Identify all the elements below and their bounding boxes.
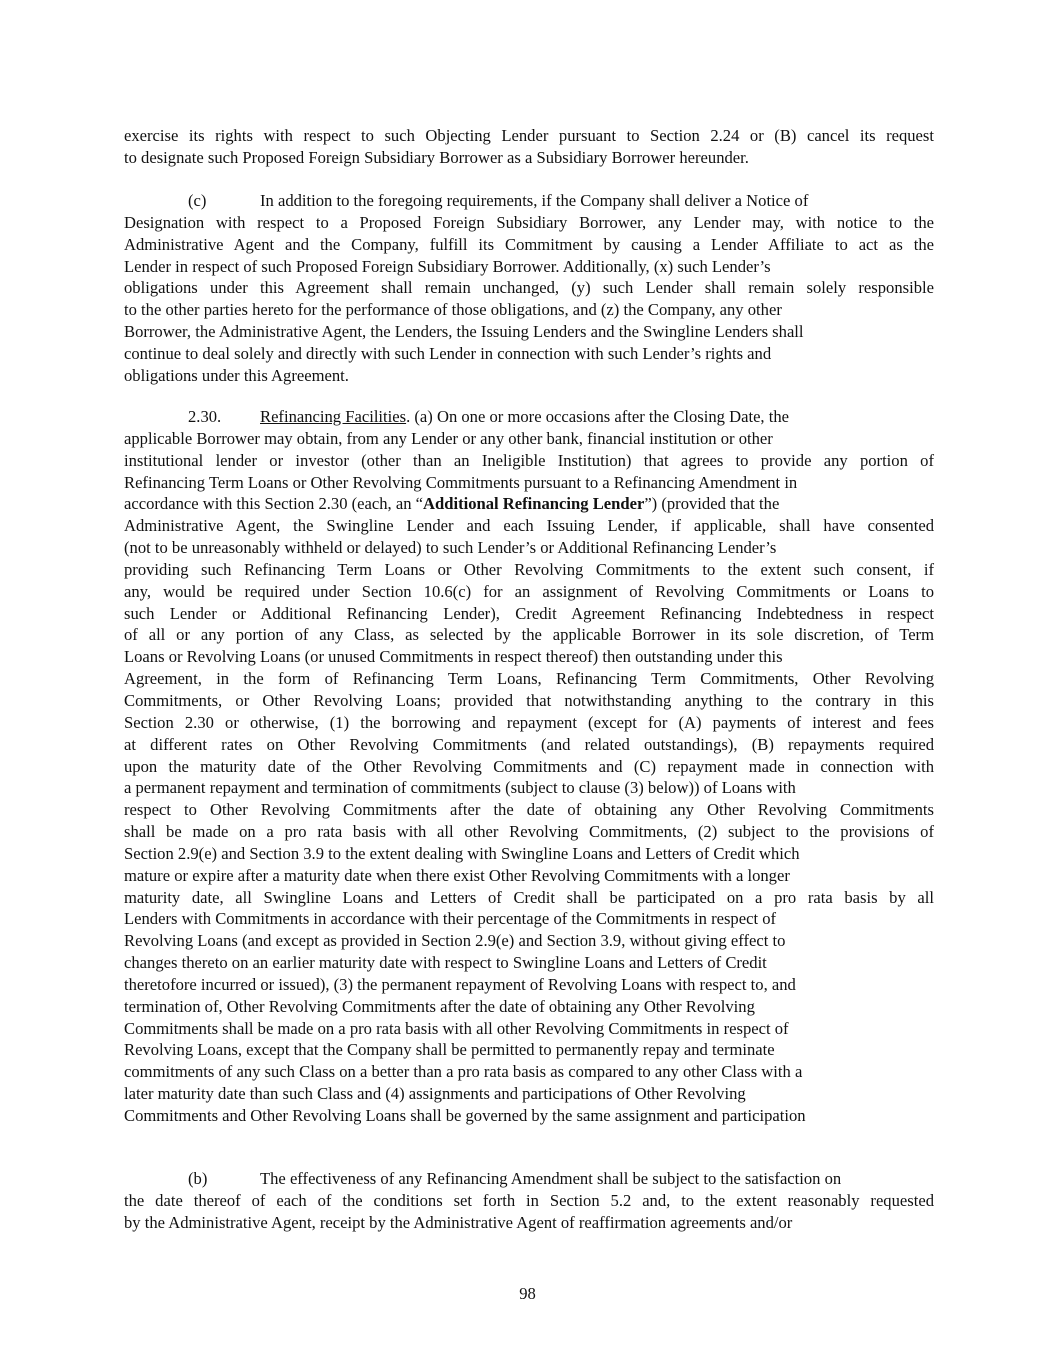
text-line: of all or any portion of any Class, as s… (124, 624, 934, 646)
document-page: exercise its rights with respect to such… (0, 0, 1055, 1365)
paragraph-continuation: exercise its rights with respect to such… (124, 125, 934, 169)
text-line: The effectiveness of any Refinancing Ame… (260, 1169, 841, 1188)
text-line: obligations under this Agreement. (124, 365, 934, 387)
text-line: at different rates on Other Revolving Co… (124, 734, 934, 756)
text-line: continue to deal solely and directly wit… (124, 343, 934, 365)
text-line: Loans or Revolving Loans (or unused Comm… (124, 646, 934, 668)
text-line: Borrower, the Administrative Agent, the … (124, 321, 934, 343)
text-line: Section 2.9(e) and Section 3.9 to the ex… (124, 843, 934, 865)
text-line: theretofore incurred or issued), (3) the… (124, 974, 934, 996)
text-line: termination of, Other Revolving Commitme… (124, 996, 934, 1018)
section-number: 2.30. (188, 406, 260, 428)
paragraph-clause-b: (b)The effectiveness of any Refinancing … (124, 1168, 934, 1234)
text-line: obligations under this Agreement shall r… (124, 277, 934, 299)
text-line: to the other parties hereto for the perf… (124, 299, 934, 321)
text-line: commitments of any such Class on a bette… (124, 1061, 934, 1083)
text-line: Refinancing Term Loans or Other Revolvin… (124, 472, 934, 494)
text-line: institutional lender or investor (other … (124, 450, 934, 472)
text-line: Commitments and Other Revolving Loans sh… (124, 1105, 934, 1127)
text-line: Administrative Agent and the Company, fu… (124, 234, 934, 256)
text-line: changes thereto on an earlier maturity d… (124, 952, 934, 974)
text-line: mature or expire after a maturity date w… (124, 865, 934, 887)
defined-term: Additional Refinancing Lender (423, 494, 644, 513)
text-line: Administrative Agent, the Swingline Lend… (124, 515, 934, 537)
text-line: by the Administrative Agent, receipt by … (124, 1212, 934, 1234)
text-line: providing such Refinancing Term Loans or… (124, 559, 934, 581)
text-line: Revolving Loans, except that the Company… (124, 1039, 934, 1061)
paragraph-clause-c: (c)In addition to the foregoing requirem… (124, 190, 934, 387)
text-line: shall be made on a pro rata basis with a… (124, 821, 934, 843)
section-title: Refinancing Facilities (260, 407, 406, 426)
text-fragment: ”) (provided that the (644, 494, 779, 513)
text-line: . (a) On one or more occasions after the… (406, 407, 789, 426)
text-line: Lender in respect of such Proposed Forei… (124, 256, 934, 278)
text-line: the date thereof of each of the conditio… (124, 1190, 934, 1212)
text-line: upon the maturity date of the Other Revo… (124, 756, 934, 778)
text-line: such Lender or Additional Refinancing Le… (124, 603, 934, 625)
page-number: 98 (0, 1283, 1055, 1305)
text-line: Agreement, in the form of Refinancing Te… (124, 668, 934, 690)
text-line: exercise its rights with respect to such… (124, 125, 934, 147)
text-line: later maturity date than such Class and … (124, 1083, 934, 1105)
text-line: any, would be required under Section 10.… (124, 581, 934, 603)
text-line: Section 2.30 or otherwise, (1) the borro… (124, 712, 934, 734)
clause-label: (c) (188, 190, 260, 212)
text-line: to designate such Proposed Foreign Subsi… (124, 147, 934, 169)
text-line: Lenders with Commitments in accordance w… (124, 908, 934, 930)
text-line: maturity date, all Swingline Loans and L… (124, 887, 934, 909)
text-line: (not to be unreasonably withheld or dela… (124, 537, 934, 559)
text-line: a permanent repayment and termination of… (124, 777, 934, 799)
text-line: In addition to the foregoing requirement… (260, 191, 808, 210)
section-2-30: 2.30.Refinancing Facilities. (a) On one … (124, 406, 934, 1127)
text-fragment: accordance with this Section 2.30 (each,… (124, 494, 423, 513)
clause-label: (b) (188, 1168, 260, 1190)
text-line: respect to Other Revolving Commitments a… (124, 799, 934, 821)
text-line: Commitments, or Other Revolving Loans; p… (124, 690, 934, 712)
text-line: applicable Borrower may obtain, from any… (124, 428, 934, 450)
text-line: Designation with respect to a Proposed F… (124, 212, 934, 234)
text-line: Revolving Loans (and except as provided … (124, 930, 934, 952)
text-line: Commitments shall be made on a pro rata … (124, 1018, 934, 1040)
